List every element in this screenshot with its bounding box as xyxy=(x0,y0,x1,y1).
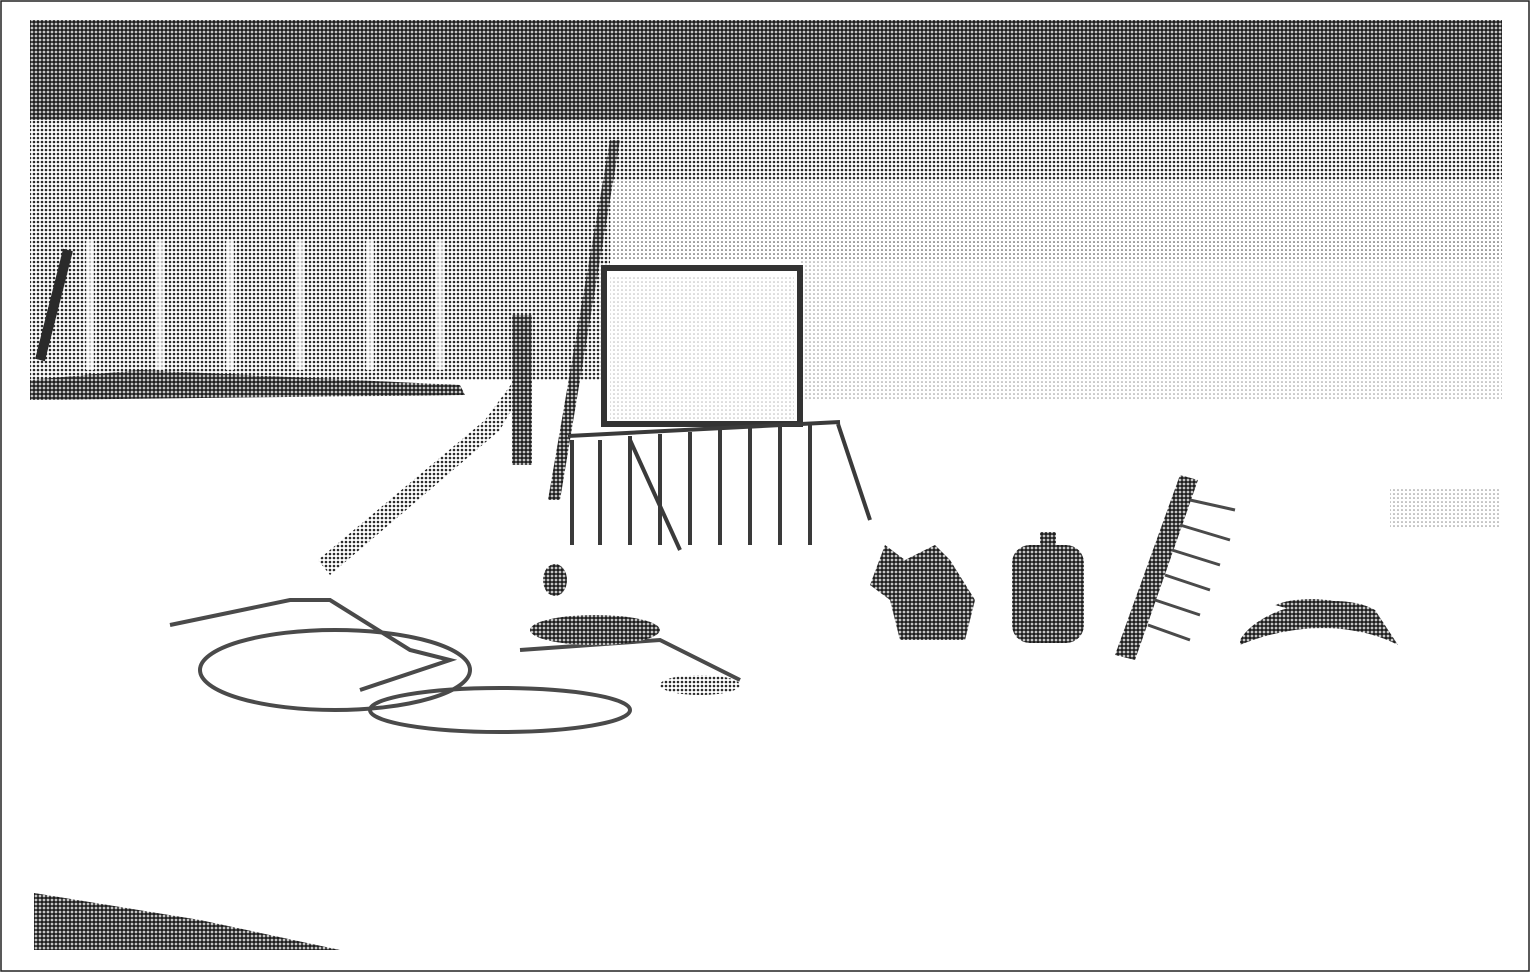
container-2 xyxy=(1012,532,1084,643)
ground xyxy=(30,400,1502,950)
right-debris xyxy=(1390,488,1500,528)
field-far xyxy=(600,180,1502,260)
halftone-photo xyxy=(0,0,1532,974)
box-frame xyxy=(604,268,800,424)
